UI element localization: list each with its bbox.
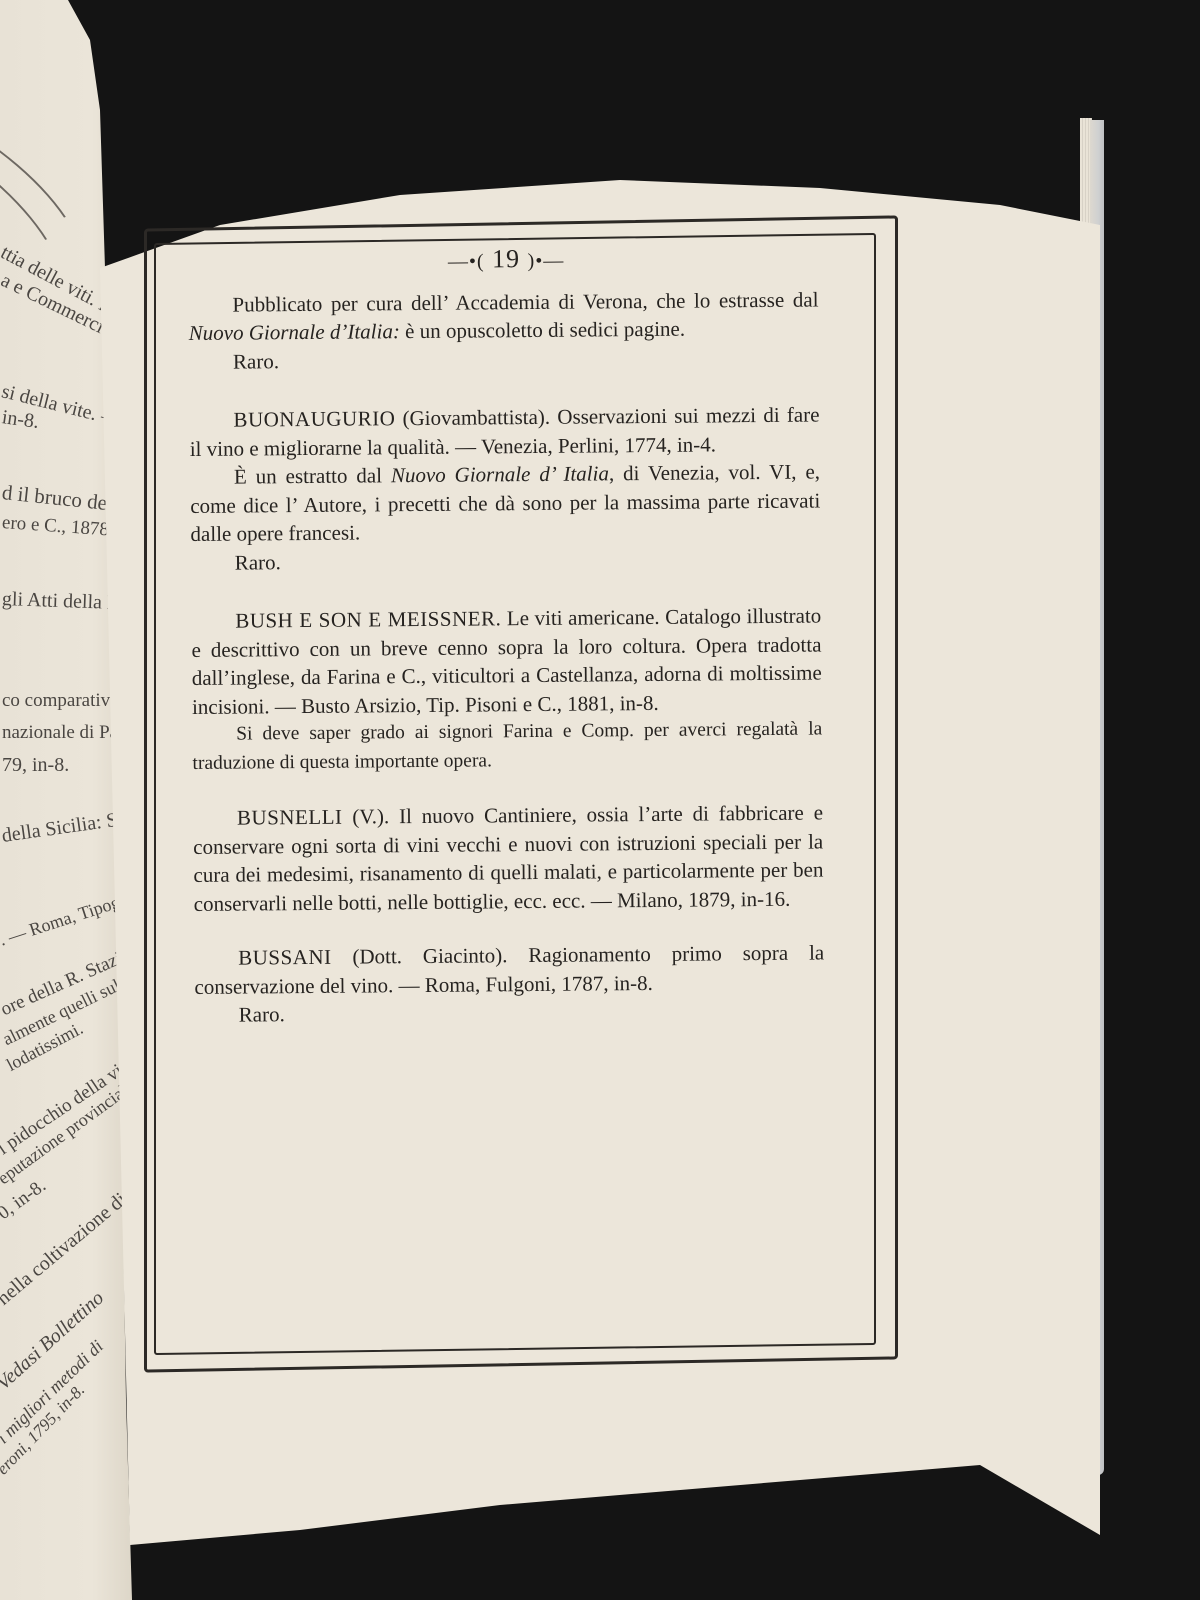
entry-author-detail: (V.). <box>352 804 389 828</box>
entry-heading: BUONAUGURIO <box>233 406 395 431</box>
ornament-left-icon: —•( <box>448 250 485 272</box>
entry-continuation: Pubblicato per cura dell’ Accademia di V… <box>188 285 819 376</box>
entry-heading: BUSSANI <box>238 945 332 970</box>
entry-imprint: — Milano, 1879, in-16. <box>591 886 791 912</box>
entry-busnelli: BUSNELLI (V.). Il nuovo Cantiniere, ossi… <box>193 798 824 917</box>
entry-note: Raro. <box>195 995 825 1029</box>
entry-citation: BUSH E SON E MEISSNER. Le viti americane… <box>191 601 822 720</box>
entry-author-detail: (Dott. Giacinto). <box>352 943 507 968</box>
entry-comment: Si deve saper grado ai signori Farina e … <box>192 715 822 777</box>
entry-citation: BUSNELLI (V.). Il nuovo Cantiniere, ossi… <box>193 798 824 917</box>
entry-note: Raro. <box>191 543 821 577</box>
entry-bussani: BUSSANI (Dott. Giacinto). Ragionamento p… <box>194 938 825 1029</box>
left-page-curled: ttia delle viti. Il a e Commercio. — si … <box>0 0 132 1600</box>
ornament-right-icon: )•— <box>528 250 565 272</box>
left-fragment: 79, in-8. <box>2 754 69 777</box>
entry-citation: BUONAUGURIO (Giovambattista). Osservazio… <box>189 400 819 462</box>
entry-imprint: — Roma, Fulgoni, 1787, in-8. <box>398 970 653 996</box>
entry-text: Pubblicato per cura dell’ Accademia di V… <box>188 285 818 347</box>
entry-comment: È un estratto dal Nuovo Giornale d’ Ital… <box>190 457 821 548</box>
entry-heading: BUSNELLI <box>237 805 343 830</box>
entry-imprint: — Busto Arsizio, Tip. Pisoni e C., 1881,… <box>275 690 659 717</box>
entry-heading: BUSH E SON E MEISSNER. <box>235 606 501 632</box>
entry-author-detail: (Giovambattista). <box>402 405 550 430</box>
page-number: 19 <box>492 244 520 273</box>
entry-note: Raro. <box>189 342 819 376</box>
left-fragment: in-8. <box>0 406 40 434</box>
entry-bush: BUSH E SON E MEISSNER. Le viti americane… <box>191 601 822 777</box>
page-number-header: —•( 19 )•— <box>188 243 818 279</box>
entry-imprint: — Venezia, Perlini, 1774, in-4. <box>455 432 716 458</box>
entry-citation: BUSSANI (Dott. Giacinto). Ragionamento p… <box>194 938 824 1000</box>
page-content: —•( 19 )•— Pubblicato per cura dell’ Acc… <box>188 243 825 1030</box>
entry-buonaugurio: BUONAUGURIO (Giovambattista). Osservazio… <box>189 400 820 576</box>
